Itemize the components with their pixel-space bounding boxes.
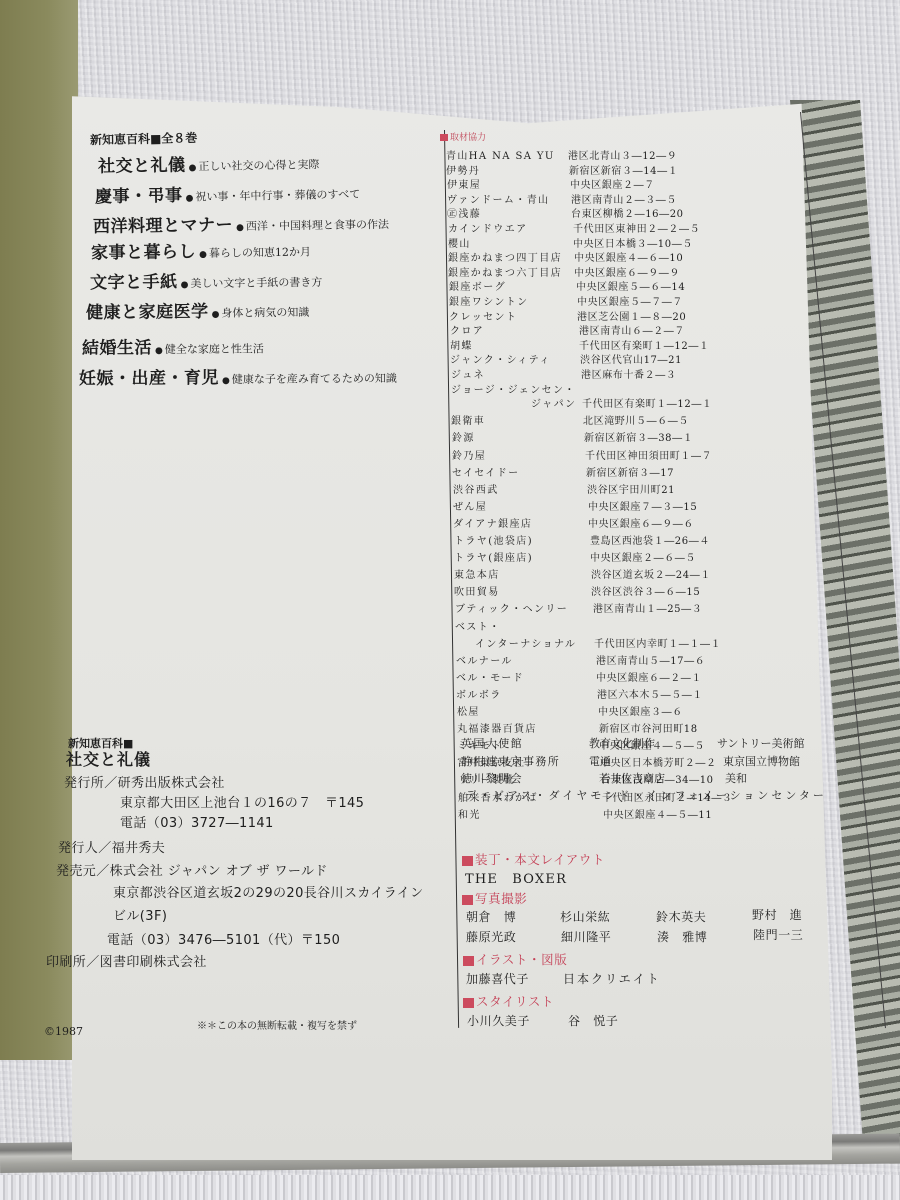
book-cover-edge bbox=[0, 0, 78, 1060]
shop-name: セイセイドー bbox=[452, 464, 520, 479]
photographer: 陸門一三 bbox=[753, 926, 803, 943]
shop-address: 北区滝野川５―６―５ bbox=[583, 412, 689, 427]
bullet-icon: ● bbox=[155, 346, 163, 356]
shop-name: ジョージ・ジェンセン・ bbox=[451, 381, 576, 396]
bullet-icon: ● bbox=[199, 250, 207, 260]
credit-name: 静柑連東京事務所 bbox=[461, 753, 560, 769]
illustrator: 加藤喜代子 bbox=[466, 970, 529, 987]
shop-name: ボルボラ bbox=[456, 686, 502, 701]
series-item: 西洋料理とマナー●西洋・中国料理と食事の作法 bbox=[93, 208, 389, 237]
towel-bottom bbox=[0, 1175, 900, 1200]
shop-name: ベルナール bbox=[456, 652, 513, 667]
shop-name: ジュネ bbox=[451, 366, 485, 381]
series-title: 健康と家庭医学 bbox=[86, 302, 209, 323]
shop-address: 新宿区新宿３―38―１ bbox=[584, 429, 693, 444]
shop-name: ダイアナ銀座店 bbox=[453, 515, 532, 530]
shop-address: 渋谷区宇田川町21 bbox=[587, 481, 675, 496]
shop-address: 新宿区新宿３―17 bbox=[586, 464, 674, 479]
shop-address: 中央区銀座６―２―１ bbox=[596, 669, 702, 684]
shop-address: 港区南青山１―25―３ bbox=[593, 600, 702, 615]
shop-name: ジャンク・シィティ bbox=[450, 351, 551, 366]
bullet-icon: ● bbox=[189, 163, 197, 173]
colophon-book-title: 社交と礼儀 bbox=[66, 747, 151, 770]
red-square-icon bbox=[463, 956, 474, 966]
series-item: 健康と家庭医学●身体と病気の知識 bbox=[86, 296, 310, 323]
shop-address: 港区南青山２―３―５ bbox=[571, 191, 677, 206]
shop-address: 台東区柳橋２―16―20 bbox=[571, 205, 684, 220]
distributor: 発売元／株式会社 ジャパン オブ ザ ワールド bbox=[56, 860, 328, 879]
series-title: 妊娠・出産・育児 bbox=[79, 368, 219, 389]
shop-name: 櫻山 bbox=[448, 235, 471, 250]
shop-name: ぜん屋 bbox=[453, 498, 487, 513]
shop-address: 渋谷区渋谷３―６―15 bbox=[591, 583, 700, 598]
credit-name: 美和 bbox=[725, 770, 747, 786]
copy-notice: ※＊この本の無断転載・複写を禁ず bbox=[197, 1017, 357, 1032]
shop-address: 中央区銀座３―６ bbox=[598, 703, 683, 718]
series-desc: 健全な家庭と性生活 bbox=[165, 342, 264, 356]
shop-name: ベル・モード bbox=[456, 669, 524, 684]
shop-address: 渋谷区代官山17―21 bbox=[580, 351, 682, 366]
shop-address: 千代田区有楽町１―12―１ bbox=[579, 337, 710, 352]
series-desc: 暮らしの知恵12か月 bbox=[209, 245, 311, 259]
bullet-icon: ● bbox=[186, 194, 194, 204]
shop-name: ㊣浅藤 bbox=[447, 205, 481, 220]
shop-name: ヴァンドーム・青山 bbox=[447, 191, 550, 206]
credit-name: 徳川黎明会 bbox=[461, 770, 523, 786]
shop-name: クレッセント bbox=[449, 308, 517, 323]
photographer: 朝倉 博 bbox=[466, 908, 516, 925]
credit-name: 教育文化制作 bbox=[589, 735, 655, 751]
stylist-header: スタイリスト bbox=[463, 992, 554, 1010]
shop-name: 吹田貿易 bbox=[454, 583, 500, 598]
publisher-phone: 電話（03）3727―1141 bbox=[120, 812, 274, 831]
cooperation-header: 取材協力 bbox=[440, 130, 486, 143]
photographer: 藤原光政 bbox=[466, 928, 516, 945]
series-title: 社交と礼儀 bbox=[98, 155, 186, 177]
shop-address: 千代田区東神田２―２―５ bbox=[573, 220, 700, 235]
shop-name: インターナショナル bbox=[475, 635, 576, 650]
publisher-office: 発行所／研秀出版株式会社 bbox=[64, 772, 225, 791]
shop-address: 中央区銀座４―６―10 bbox=[574, 249, 683, 264]
design-header: 装丁・本文レイアウト bbox=[462, 850, 605, 868]
photographer: 細川隆平 bbox=[561, 928, 611, 945]
shop-address: 港区南青山６―２―７ bbox=[579, 322, 685, 337]
series-desc: 身体と病気の知識 bbox=[221, 306, 309, 320]
series-item: 家事と暮らし●暮らしの知恵12か月 bbox=[91, 235, 311, 263]
other-credit-wide: デ・ビアス・ダイヤモンド・インフォメーションセンター bbox=[465, 787, 827, 803]
stylist: 小川久美子 bbox=[467, 1012, 530, 1029]
shop-address: 中央区銀座４―５―11 bbox=[603, 806, 712, 821]
distributor-phone: 電話（03）3476―5101（代）〒150 bbox=[107, 929, 340, 948]
series-title: 西洋料理とマナー bbox=[93, 215, 233, 237]
credit-name: 英国大使館 bbox=[461, 735, 523, 751]
printer: 印刷所／図書印刷株式会社 bbox=[46, 951, 207, 970]
credit-name: 東京国立博物館 bbox=[723, 753, 800, 769]
shop-name: 銀座ワシントン bbox=[449, 293, 529, 308]
illust-header: イラスト・図版 bbox=[463, 950, 567, 968]
series-title: 家事と暮らし bbox=[91, 242, 196, 263]
copyright: ©1987 bbox=[44, 1025, 83, 1038]
shop-address: 港区南青山５―17―６ bbox=[596, 652, 705, 667]
shop-name: 青山HA NA SA YU bbox=[446, 147, 555, 162]
series-desc: 祝い事・年中行事・葬儀のすべて bbox=[195, 188, 360, 204]
shop-address: 千代田区神田須田町１―７ bbox=[585, 447, 712, 462]
series-item: 妊娠・出産・育児●健康な子を産み育てるための知識 bbox=[79, 362, 397, 389]
shop-address: 中央区銀座２―６―５ bbox=[590, 549, 696, 564]
distributor-address-1: 東京都渋谷区道玄坂2の29の20長谷川スカイライン bbox=[113, 882, 424, 901]
series-title: 文字と手紙 bbox=[90, 272, 178, 293]
series-desc: 美しい文字と手紙の書き方 bbox=[190, 276, 322, 290]
red-square-icon bbox=[463, 998, 474, 1008]
shop-name: ブティック・ヘンリー bbox=[455, 600, 568, 615]
series-header: 新知恵百科■全８巻 bbox=[90, 129, 198, 148]
red-square-icon bbox=[462, 895, 473, 905]
shop-name: クロア bbox=[450, 322, 484, 337]
series-item: 文字と手紙●美しい文字と手紙の書き方 bbox=[90, 266, 323, 293]
series-desc: 西洋・中国料理と食事の作法 bbox=[246, 218, 389, 233]
shop-address: 千代田区内幸町１―１―１ bbox=[594, 635, 721, 650]
series-title: 慶事・弔事 bbox=[95, 186, 183, 208]
series-item: 社交と礼儀●正しい社交の心得と実際 bbox=[98, 148, 320, 177]
shop-address: 中央区日本橋芳町２―２ bbox=[600, 754, 717, 769]
shop-address: 港区北青山３―12―９ bbox=[568, 147, 677, 162]
shop-address: 中央区銀座５―６―14 bbox=[576, 278, 685, 293]
credit-name: 若井佐吉商店 bbox=[599, 770, 665, 786]
bullet-icon: ● bbox=[236, 223, 244, 233]
shop-address: 港区麻布十番２―３ bbox=[581, 366, 676, 381]
shop-name: 銀衛車 bbox=[451, 412, 485, 427]
shop-address: 豊島区西池袋１―26―４ bbox=[590, 532, 710, 547]
series-title: 結婚生活 bbox=[82, 338, 152, 358]
shop-name: ジャパン bbox=[531, 395, 576, 410]
shop-address: 中央区銀座２―７ bbox=[570, 176, 655, 191]
shop-address: 中央区銀座６―９―９ bbox=[574, 264, 680, 279]
shop-name: トラヤ(銀座店) bbox=[454, 549, 533, 564]
shop-address: 港区六本木５―５―１ bbox=[597, 686, 703, 701]
photographer: 鈴木英夫 bbox=[656, 908, 706, 925]
shop-name: 東急本店 bbox=[454, 566, 500, 581]
shop-name: 伊東屋 bbox=[447, 176, 481, 191]
shop-address: 港区芝公園１―８―20 bbox=[577, 308, 686, 323]
shop-address: 中央区銀座６―９―６ bbox=[588, 515, 694, 530]
issuer: 発行人／福井秀夫 bbox=[58, 837, 165, 856]
shop-name: ベスト・ bbox=[455, 618, 501, 633]
shop-name: 丸福漆器百貨店 bbox=[457, 720, 537, 735]
series-desc: 健康な子を産み育てるための知識 bbox=[232, 372, 397, 386]
photographer: 湊 雅博 bbox=[657, 928, 707, 945]
series-item: 結婚生活●健全な家庭と性生活 bbox=[82, 332, 264, 358]
photographer: 杉山栄紘 bbox=[560, 908, 610, 925]
red-square-icon bbox=[462, 856, 473, 866]
shop-name: 胡蝶 bbox=[450, 337, 473, 352]
series-desc: 正しい社交の心得と実際 bbox=[198, 158, 319, 173]
shop-name: 銀座かねまつ四丁目店 bbox=[448, 249, 562, 264]
credit-name: 電通 bbox=[589, 753, 611, 769]
stylist: 谷 悦子 bbox=[568, 1012, 618, 1029]
designer: THE BOXER bbox=[465, 868, 567, 887]
shop-name: 渋谷西武 bbox=[453, 481, 499, 496]
distributor-address-2: ビル(3F) bbox=[113, 905, 167, 924]
red-square-icon bbox=[440, 134, 448, 141]
shop-address: 千代田区有楽町１―12―１ bbox=[582, 395, 713, 410]
shop-address: 中央区銀座７―３―15 bbox=[588, 498, 697, 513]
shop-name: トラヤ(池袋店) bbox=[454, 532, 533, 547]
photo-header: 写真撮影 bbox=[462, 889, 527, 907]
shop-name: 松屋 bbox=[457, 703, 480, 718]
shop-address: 新宿区新宿３―14―１ bbox=[569, 162, 678, 177]
photographer: 野村 進 bbox=[752, 906, 802, 923]
series-item: 慶事・弔事●祝い事・年中行事・葬儀のすべて bbox=[95, 178, 361, 208]
shop-name: カインドウエア bbox=[448, 220, 528, 235]
shop-name: 鈴乃屋 bbox=[452, 447, 486, 462]
bullet-icon: ● bbox=[212, 310, 220, 320]
shop-name: 和光 bbox=[458, 806, 481, 821]
shop-name: 鈴源 bbox=[452, 429, 475, 444]
shop-address: 中央区日本橋３―10―５ bbox=[573, 235, 693, 250]
shop-address: 渋谷区道玄坂２―24―１ bbox=[591, 566, 711, 581]
shop-address: 中央区銀座５―７―７ bbox=[577, 293, 683, 308]
shop-name: 伊勢丹 bbox=[446, 162, 480, 177]
bullet-icon: ● bbox=[181, 280, 189, 290]
credit-name: サントリー美術館 bbox=[717, 735, 804, 751]
shop-name: 銀座かねまつ六丁目店 bbox=[448, 264, 562, 279]
illustrator: 日本クリエイト bbox=[563, 970, 661, 987]
bullet-icon: ● bbox=[222, 376, 230, 386]
shop-address: 新宿区市谷河田町18 bbox=[599, 720, 698, 735]
publisher-address: 東京都大田区上池台１の16の７ 〒145 bbox=[120, 792, 364, 811]
shop-name: 銀座ボーグ bbox=[449, 278, 506, 293]
